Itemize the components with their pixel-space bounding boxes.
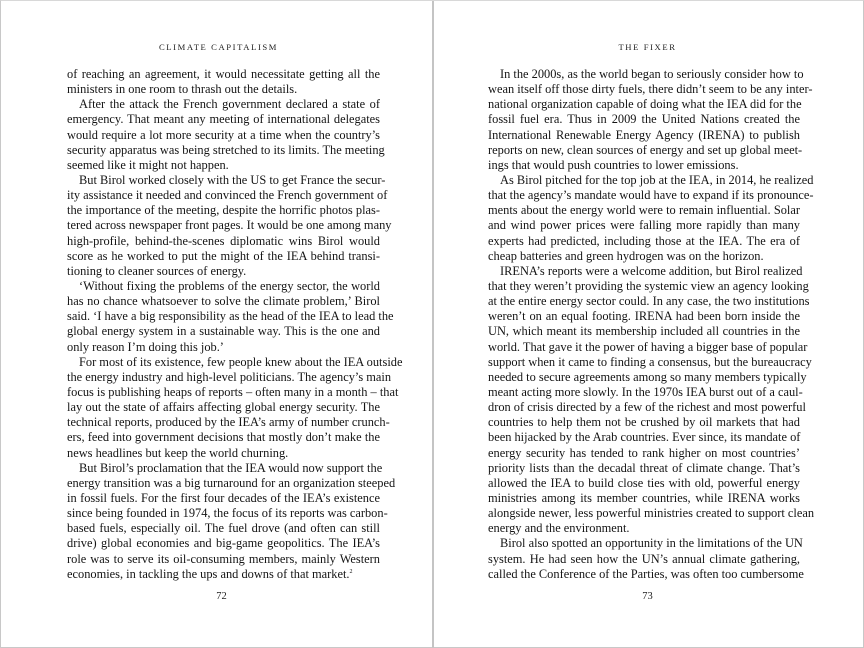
text-line: weren’t on an equal footing. IRENA had b… (488, 309, 800, 324)
text-line: national organization capable of doing w… (488, 97, 800, 112)
text-line: allowed the IEA to build close ties with… (488, 476, 800, 491)
footnote-marker[interactable]: 2 (350, 569, 353, 575)
text-line-with-footnote: economies, in tackling the ups and downs… (67, 567, 380, 582)
text-line: fossil fuel era. Thus in 2009 the United… (488, 112, 800, 127)
right-page-body: In the 2000s, as the world began to seri… (488, 67, 800, 582)
text-line: emergency. That meant any meeting of int… (67, 112, 380, 127)
text-line: that the agency’s mandate would have to … (488, 188, 800, 203)
text-line: technical reports, produced by the IEA’s… (67, 415, 380, 430)
text-line: would require a lot more security at a t… (67, 128, 380, 143)
text-line: said. ‘I have a big responsibility as th… (67, 309, 380, 324)
text-line: at the entire energy sector could. In an… (488, 294, 800, 309)
text-line: International Renewable Energy Agency (I… (488, 128, 800, 143)
text-line: ministries among its member countries, w… (488, 491, 800, 506)
text-line: Birol also spotted an opportunity in the… (488, 536, 800, 551)
book-spread: Climate Capitalism of reaching an agreem… (0, 0, 864, 648)
text-line: ministers in one room to thrash out the … (67, 82, 380, 97)
page-number-right: 73 (432, 591, 863, 602)
text-line: world. That gave it the power of having … (488, 340, 800, 355)
text-line: called the Conference of the Parties, wa… (488, 567, 800, 582)
text-line: score as he worked to put the might of t… (67, 249, 380, 264)
text-line: global energy system in a sustainable wa… (67, 324, 380, 339)
text-line: tered across newspaper front pages. It w… (67, 218, 380, 233)
right-page: The Fixer In the 2000s, as the world beg… (434, 1, 864, 648)
text-line-content: economies, in tackling the ups and downs… (67, 567, 350, 581)
text-line: drive) global economies and big-game geo… (67, 536, 380, 551)
text-line: ers, feed into government decisions that… (67, 430, 380, 445)
text-line: tioning to cleaner sources of energy. (67, 264, 380, 279)
text-line: As Birol pitched for the top job at the … (488, 173, 800, 188)
text-line: news headlines but keep the world churni… (67, 446, 380, 461)
text-line: meant acting more slowly. In the 1970s I… (488, 385, 800, 400)
text-line: since being founded in 1974, the focus o… (67, 506, 380, 521)
text-line: countries to help them not be crushed by… (488, 415, 800, 430)
text-line: support when it came to finding a consen… (488, 355, 800, 370)
text-line: and wind power prices were falling more … (488, 218, 800, 233)
text-line: ‘Without fixing the problems of the ener… (67, 279, 380, 294)
text-line: ments about the energy world were to rem… (488, 203, 800, 218)
text-line: For most of its existence, few people kn… (67, 355, 380, 370)
text-line: After the attack the French government d… (67, 97, 380, 112)
text-line: high-profile, behind-the-scenes diplomat… (67, 234, 380, 249)
text-line: energy and the environment. (488, 521, 800, 536)
page-number-left: 72 (6, 591, 437, 602)
text-line: alongside newer, less powerful ministrie… (488, 506, 800, 521)
text-line: based fuels, especially oil. The fuel dr… (67, 521, 380, 536)
text-line: priority lists than the decadal threat o… (488, 461, 800, 476)
text-line: ings that would push countries to lower … (488, 158, 800, 173)
text-line: IRENA’s reports were a welcome addition,… (488, 264, 800, 279)
text-line: cheap batteries and green hydrogen was o… (488, 249, 800, 264)
text-line: has no chance whatsoever to solve the cl… (67, 294, 380, 309)
text-line: experts had predicted, including those a… (488, 234, 800, 249)
text-line: the importance of the meeting, despite t… (67, 203, 380, 218)
text-line: the energy industry and high-level polit… (67, 370, 380, 385)
text-line: in fossil fuels. For the first four deca… (67, 491, 380, 506)
text-line: security apparatus was being stretched t… (67, 143, 380, 158)
text-line: wean itself off those dirty fuels, there… (488, 82, 800, 97)
running-head-left: Climate Capitalism (1, 42, 434, 52)
text-line: dron of crisis directed by a few of the … (488, 400, 800, 415)
text-line: lay out the state of affairs affecting g… (67, 400, 380, 415)
running-head-right: The Fixer (432, 42, 863, 52)
text-line: been hijacked by the Arab countries. Eve… (488, 430, 800, 445)
text-line: needed to secure agreements among so man… (488, 370, 800, 385)
text-line: focus is publishing heaps of reports – o… (67, 385, 380, 400)
text-line: of reaching an agreement, it would neces… (67, 67, 380, 82)
text-line: ity assistance it needed and convinced t… (67, 188, 380, 203)
text-line: role was to serve its oil-consuming memb… (67, 552, 380, 567)
left-page-body: of reaching an agreement, it would neces… (67, 67, 380, 582)
text-line: UN, which meant its membership included … (488, 324, 800, 339)
text-line: system. He had seen how the UN’s annual … (488, 552, 800, 567)
text-line: energy security has tended to rank highe… (488, 446, 800, 461)
text-line: But Birol’s proclamation that the IEA wo… (67, 461, 380, 476)
left-page: Climate Capitalism of reaching an agreem… (1, 1, 432, 648)
text-line: In the 2000s, as the world began to seri… (488, 67, 800, 82)
text-line: only reason I’m doing this job.’ (67, 340, 380, 355)
text-line: energy transition was a big turnaround f… (67, 476, 380, 491)
text-line: But Birol worked closely with the US to … (67, 173, 380, 188)
text-line: seemed like it might not happen. (67, 158, 380, 173)
text-line: that they weren’t providing the systemic… (488, 279, 800, 294)
text-line: reports on new, clean sources of energy … (488, 143, 800, 158)
